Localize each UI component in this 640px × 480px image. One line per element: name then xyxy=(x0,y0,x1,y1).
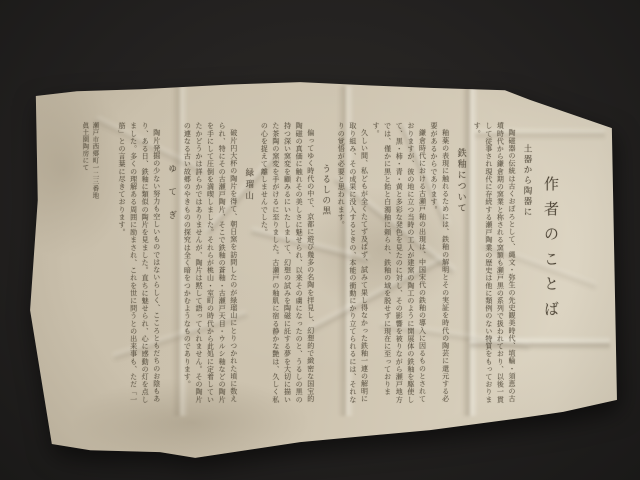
vertical-fold-crease xyxy=(172,86,188,416)
horizontal-fold-crease xyxy=(470,336,610,350)
address-line: 瀬戸市西郷町一二三番地 xyxy=(90,118,100,405)
wrinkle-crease xyxy=(482,240,598,290)
wrinkle-crease xyxy=(398,123,452,228)
vertical-fold-crease xyxy=(338,86,354,416)
section-heading: うるしの黒 xyxy=(320,118,332,405)
section-ryokuruzan: 緑瑠山 破片円大杯の陶片を得て、朝日窯を訪問したのが緑瑠山にとりつかれた頃に数え… xyxy=(181,118,255,405)
wrinkle-crease xyxy=(112,309,248,362)
section-heading: 緑瑠山 xyxy=(243,118,255,405)
section-urushi-black: うるしの黒 偏ってゆく時代の中で、京都に遊び幾多の名陶を拝見し、幻想的で緻密な国… xyxy=(258,118,332,405)
printed-text-block: 作者のことば 土器から陶器に 陶磁器の伝統は古くおぼろとして、縄文・弥生の先史観… xyxy=(80,118,568,405)
photograph: 作者のことば 土器から陶器に 陶磁器の伝統は古くおぼろとして、縄文・弥生の先史観… xyxy=(0,0,640,480)
section-heading: 土器から陶器に xyxy=(521,118,533,405)
paper-shadow-wrap: 作者のことば 土器から陶器に 陶磁器の伝統は古くおぼろとして、縄文・弥生の先史観… xyxy=(0,0,640,480)
colophon: 瀬戸市西郷町一二三番地 眞土園陶房にて 加 藤 孝 俊 xyxy=(80,118,112,405)
body-paragraph: 陶片発掘の少ない努力も空しいものではないらしく、こころともだちのお陰もあり、ある… xyxy=(115,118,161,405)
wrinkle-crease xyxy=(251,226,370,265)
section-heading: 鉄釉について xyxy=(455,118,468,405)
body-paragraph: 破片円大杯の陶片を得て、朝日窯を訪問したのが緑瑠山にとりつかれた頃に数えられ、特… xyxy=(181,118,239,405)
section-about-iron-glaze: 鉄釉について 釉薬の表現に触れるためには、鉄釉の解明とその実証を時代の陶芸に還元… xyxy=(335,118,468,405)
wrinkle-crease xyxy=(306,255,443,334)
wrinkle-crease xyxy=(380,320,530,351)
document-title: 作者のことば xyxy=(541,118,562,405)
body-paragraph: 久しい間、私どもが全くたてず及ばず、試みて果し得なかった鉄釉一連の解明に取り組み… xyxy=(335,118,370,405)
body-paragraph: 偏ってゆく時代の中で、京都に遊び幾多の名陶を拝見し、幻想的で緻密な国宝的陶磁の真… xyxy=(258,118,316,405)
section-earthenware-to-pottery: 土器から陶器に 陶磁器の伝統は古くおぼろとして、縄文・弥生の先史観美時代、埴輪・… xyxy=(471,118,533,405)
wrinkle-crease xyxy=(203,154,277,235)
body-paragraph: 釉薬の表現に触れるためには、鉄釉の解明とその実証を時代の陶芸に還元する必要がある… xyxy=(427,118,450,405)
wrinkle-crease xyxy=(333,175,457,275)
studio-line: 眞土園陶房にて xyxy=(80,118,90,405)
section-heading: ゆ て ぎ xyxy=(166,118,178,405)
vertical-fold-crease xyxy=(462,86,478,416)
body-paragraph: 鎌倉時代における古瀬戸釉の出現は、中国宋代の鉄釉の導入に因るものとされております… xyxy=(369,118,427,405)
horizontal-fold-crease xyxy=(475,126,605,140)
wrinkle-crease xyxy=(94,114,206,176)
paper-sheet: 作者のことば 土器から陶器に 陶磁器の伝統は古くおぼろとして、縄文・弥生の先史観… xyxy=(0,0,640,480)
body-paragraph: 陶磁器の伝統は古くおぼろとして、縄文・弥生の先史観美時代、埴輪・須恵の古墳時代か… xyxy=(471,118,517,405)
section-closing: ゆ て ぎ 陶片発掘の少ない努力も空しいものではないらしく、こころともだちのお陰… xyxy=(115,118,177,405)
